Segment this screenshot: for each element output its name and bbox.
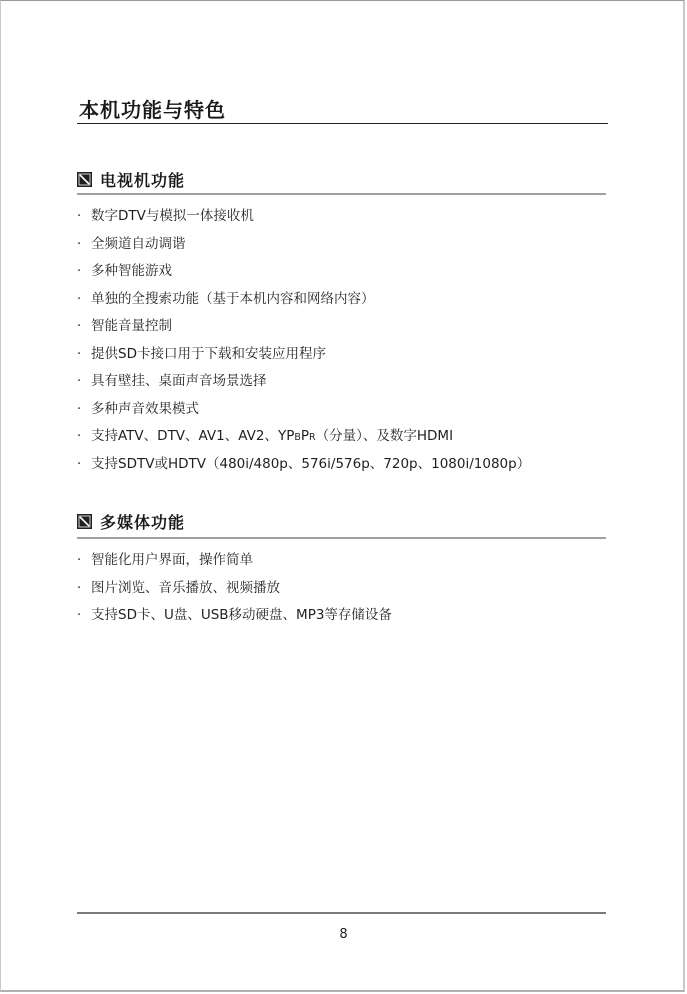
list-item-text: 全频道自动调谐 bbox=[91, 231, 186, 259]
bullet-icon: · bbox=[77, 368, 91, 396]
section-header-tv-functions: 电视机功能 bbox=[77, 168, 185, 190]
bullet-icon: · bbox=[77, 396, 91, 424]
section-marker-icon bbox=[77, 172, 92, 187]
list-item: · 数字DTV与模拟一体接收机 bbox=[77, 203, 530, 231]
multimedia-features-list: · 智能化用户界面，操作简单 · 图片浏览、音乐播放、视频播放 · 支持SD卡、… bbox=[77, 547, 392, 630]
list-item-text: 图片浏览、音乐播放、视频播放 bbox=[91, 575, 280, 603]
section-header-multimedia-functions: 多媒体功能 bbox=[77, 510, 185, 532]
page-frame bbox=[0, 0, 685, 992]
list-item-text: 支持SDTV或HDTV（480i/480p、576i/576p、720p、108… bbox=[91, 451, 530, 479]
bullet-icon: · bbox=[77, 286, 91, 314]
list-item-text: 支持ATV、DTV、AV1、AV2、YPBPR（分量）、及数字HDMI bbox=[91, 423, 453, 452]
bullet-icon: · bbox=[77, 451, 91, 479]
footer-divider bbox=[77, 912, 606, 914]
list-item: · 具有壁挂、桌面声音场景选择 bbox=[77, 368, 530, 396]
bullet-icon: · bbox=[77, 575, 91, 603]
section-divider bbox=[77, 193, 606, 195]
list-item-text: 智能化用户界面，操作简单 bbox=[91, 547, 253, 575]
list-item: · 智能音量控制 bbox=[77, 313, 530, 341]
inputs-suffix: （分量）、及数字HDMI bbox=[316, 428, 453, 444]
list-item: · 图片浏览、音乐播放、视频播放 bbox=[77, 575, 392, 603]
list-item: · 多种声音效果模式 bbox=[77, 396, 530, 424]
section-title: 电视机功能 bbox=[100, 168, 185, 191]
list-item: · 支持SD卡、U盘、USB移动硬盘、MP3等存储设备 bbox=[77, 602, 392, 630]
list-item: · 支持ATV、DTV、AV1、AV2、YPBPR（分量）、及数字HDMI bbox=[77, 423, 530, 451]
bullet-icon: · bbox=[77, 423, 91, 451]
bullet-icon: · bbox=[77, 341, 91, 369]
bullet-icon: · bbox=[77, 258, 91, 286]
bullet-icon: · bbox=[77, 547, 91, 575]
bullet-icon: · bbox=[77, 231, 91, 259]
list-item-text: 支持SD卡、U盘、USB移动硬盘、MP3等存储设备 bbox=[91, 602, 392, 630]
bullet-icon: · bbox=[77, 602, 91, 630]
list-item: · 多种智能游戏 bbox=[77, 258, 530, 286]
tv-features-list: · 数字DTV与模拟一体接收机 · 全频道自动调谐 · 多种智能游戏 · 单独的… bbox=[77, 203, 530, 478]
page-title: 本机功能与特色 bbox=[79, 94, 226, 123]
list-item-text: 提供SD卡接口用于下载和安装应用程序 bbox=[91, 341, 326, 369]
title-divider bbox=[77, 123, 608, 124]
ypbpr-label: YPBPR bbox=[278, 428, 316, 444]
list-item: · 提供SD卡接口用于下载和安装应用程序 bbox=[77, 341, 530, 369]
list-item-text: 数字DTV与模拟一体接收机 bbox=[91, 203, 254, 231]
bullet-icon: · bbox=[77, 203, 91, 231]
inputs-prefix: 支持ATV、DTV、AV1、AV2、 bbox=[91, 428, 278, 444]
list-item-text: 智能音量控制 bbox=[91, 313, 172, 341]
section-title: 多媒体功能 bbox=[100, 510, 185, 533]
list-item-text: 多种智能游戏 bbox=[91, 258, 172, 286]
page-number: 8 bbox=[0, 927, 687, 942]
list-item-text: 单独的全搜索功能（基于本机内容和网络内容） bbox=[91, 286, 375, 314]
list-item: · 智能化用户界面，操作简单 bbox=[77, 547, 392, 575]
section-divider bbox=[77, 537, 606, 539]
list-item: · 单独的全搜索功能（基于本机内容和网络内容） bbox=[77, 286, 530, 314]
list-item-text: 具有壁挂、桌面声音场景选择 bbox=[91, 368, 267, 396]
list-item-text: 多种声音效果模式 bbox=[91, 396, 199, 424]
list-item: · 支持SDTV或HDTV（480i/480p、576i/576p、720p、1… bbox=[77, 451, 530, 479]
bullet-icon: · bbox=[77, 313, 91, 341]
section-marker-icon bbox=[77, 514, 92, 529]
list-item: · 全频道自动调谐 bbox=[77, 231, 530, 259]
